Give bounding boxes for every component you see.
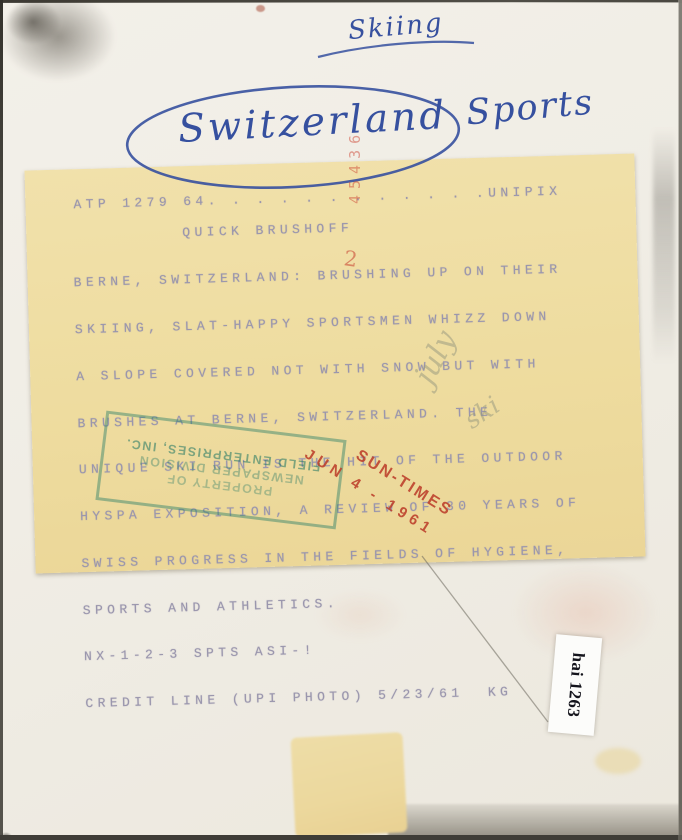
scan-edge-bottom (0, 835, 682, 840)
scan-edge-top (0, 0, 682, 3)
scan-edge-right (678, 0, 682, 840)
caption-line: A SLOPE COVERED NOT WITH SNOW BUT WITH (76, 355, 577, 385)
scan-edge-left (0, 0, 3, 300)
caption-line: SPORTS AND ATHLETICS. (83, 589, 584, 619)
caption-slug-line: NX-1-2-3 SPTS ASI-! (84, 636, 585, 666)
caption-line: BERNE, SWITZERLAND: BRUSHING UP ON THEIR (73, 261, 574, 291)
archive-label: hai 1263 (548, 634, 602, 736)
caption-line: SKIING, SLAT-HAPPY SPORTSMEN WHIZZ DOWN (75, 308, 576, 338)
photo-back-scan: ATP 1279 64. . . . . . . . . . . .UNIPIX… (0, 0, 682, 840)
red-serial-number: 45436 (346, 74, 364, 204)
archive-label-text: hai 1263 (562, 652, 588, 718)
caption-header-line: ATP 1279 64. . . . . . . . . . . .UNIPIX (73, 184, 561, 213)
caption-credit-line: CREDIT LINE (UPI PHOTO) 5/23/61 KG (85, 682, 586, 712)
caption-line: SWISS PROGRESS IN THE FIELDS OF HYGIENE, (81, 542, 582, 572)
